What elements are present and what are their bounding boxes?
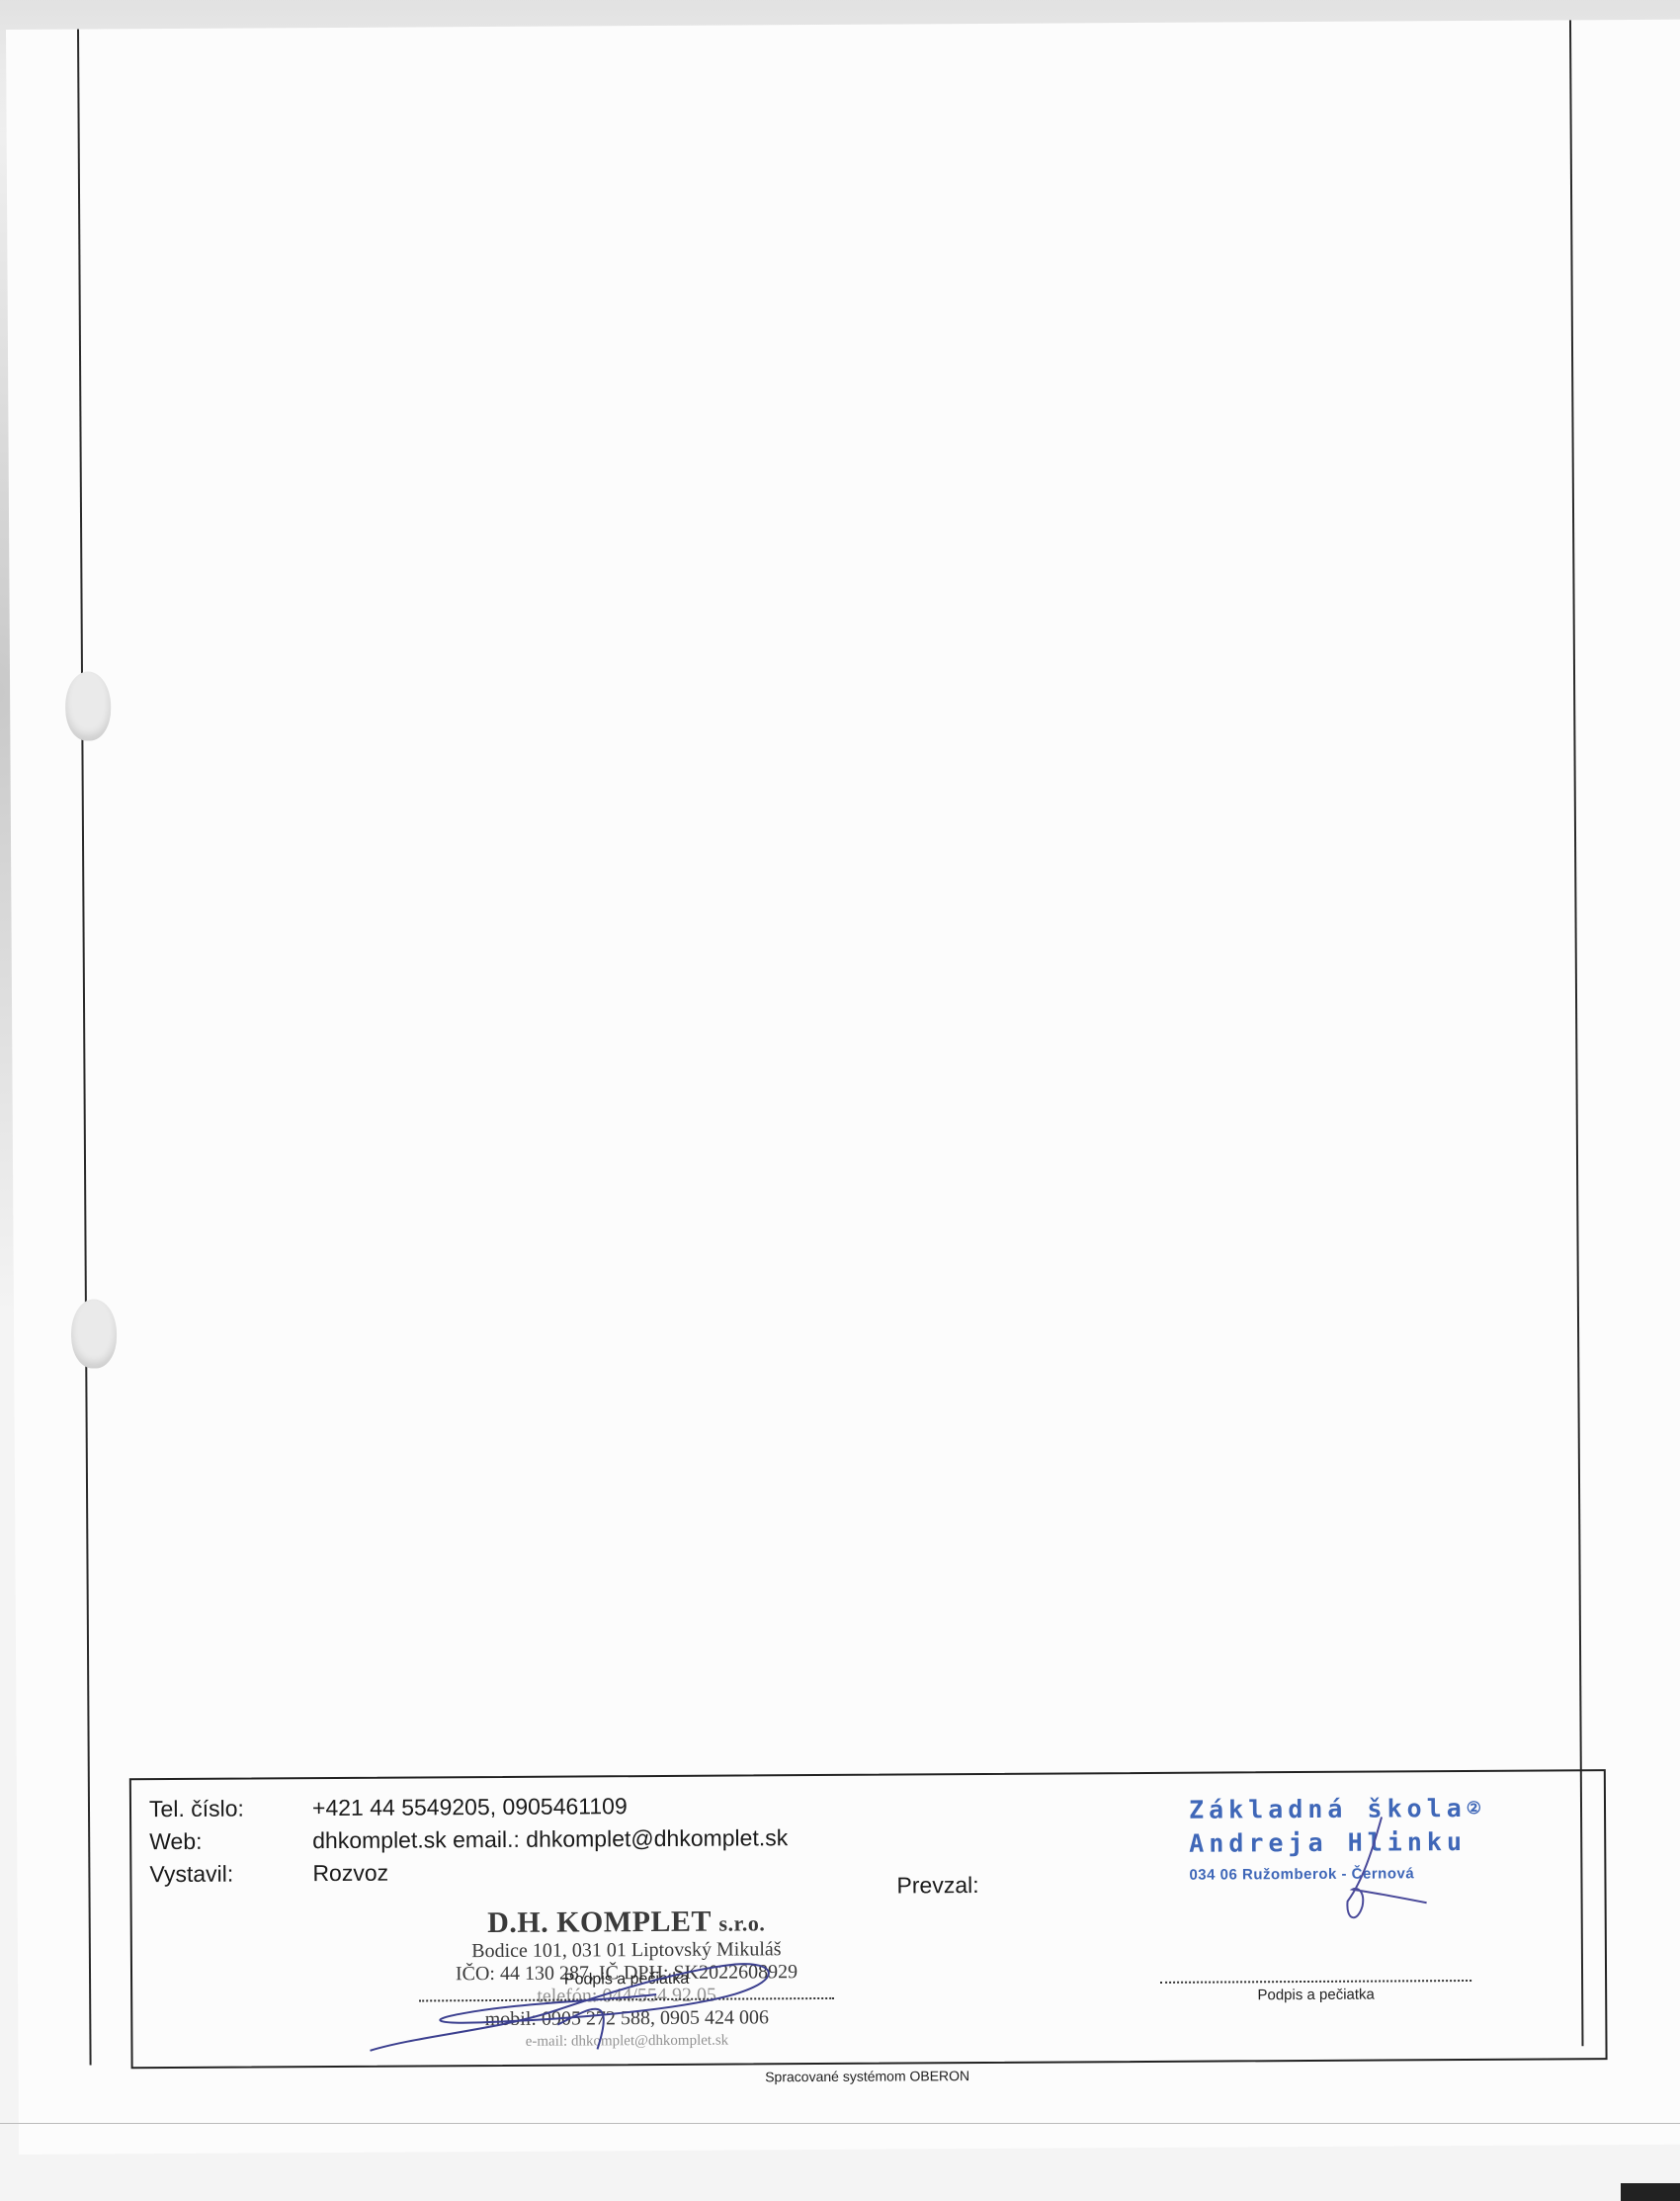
punch-hole-bottom [71, 1299, 117, 1368]
issued-by-value: Rozvoz [312, 1855, 788, 1889]
issuer-email: e-mail: dhkomplet@dhkomplet.sk [429, 2029, 824, 2054]
phone-value: +421 44 5549205, 0905461109 [312, 1790, 788, 1823]
recipient-stamp-line3: 034 06 Ružomberok - Černová [1189, 1865, 1486, 1884]
scan-corner-artifact [1621, 2183, 1680, 2201]
issuer-name-suffix: s.r.o. [718, 1910, 765, 1935]
left-margin-rule [77, 30, 92, 2066]
recipient-signature-label: Podpis a pečiatka [1160, 1986, 1471, 2004]
received-by-label: Prevzal: [896, 1872, 978, 1900]
right-margin-rule [1569, 20, 1584, 2046]
school-name: Základná škola [1189, 1794, 1467, 1824]
recipient-stamp-line2: Andreja Hlinku [1189, 1825, 1486, 1861]
footer-box: Tel. číslo: +421 44 5549205, 0905461109 … [129, 1769, 1608, 2069]
scan-bottom-edge [0, 2123, 1680, 2124]
issuer-mobile: mobil: 0905 272 588, 0905 424 006 [429, 2006, 824, 2031]
punch-hole-top [65, 671, 111, 740]
web-label: Web: [149, 1825, 312, 1857]
recipient-stamp: Základná škola② Andreja Hlinku 034 06 Ru… [1189, 1792, 1487, 1884]
issued-by-label: Vystavil: [149, 1858, 312, 1890]
recipient-signature-line [1160, 1980, 1471, 1984]
issuer-stamp-name: D.H. KOMPLET s.r.o. [429, 1905, 824, 1940]
recipient-stamp-line1: Základná škola② [1189, 1792, 1486, 1827]
issuer-signature-label: Podpis a pečiatka [419, 1970, 834, 1990]
contact-info: Tel. číslo: +421 44 5549205, 0905461109 … [149, 1790, 789, 1890]
phone-label: Tel. číslo: [149, 1793, 312, 1824]
document-page: Tel. číslo: +421 44 5549205, 0905461109 … [6, 20, 1680, 2155]
issuer-name: D.H. KOMPLET [487, 1905, 712, 1939]
issuer-address: Bodice 101, 031 01 Liptovský Mikuláš [429, 1938, 824, 1963]
system-note: Spracované systémom OBERON [131, 2064, 1604, 2088]
web-value: dhkomplet.sk email.: dhkomplet@dhkomplet… [312, 1822, 788, 1856]
stamp-mark: ② [1467, 1799, 1486, 1819]
